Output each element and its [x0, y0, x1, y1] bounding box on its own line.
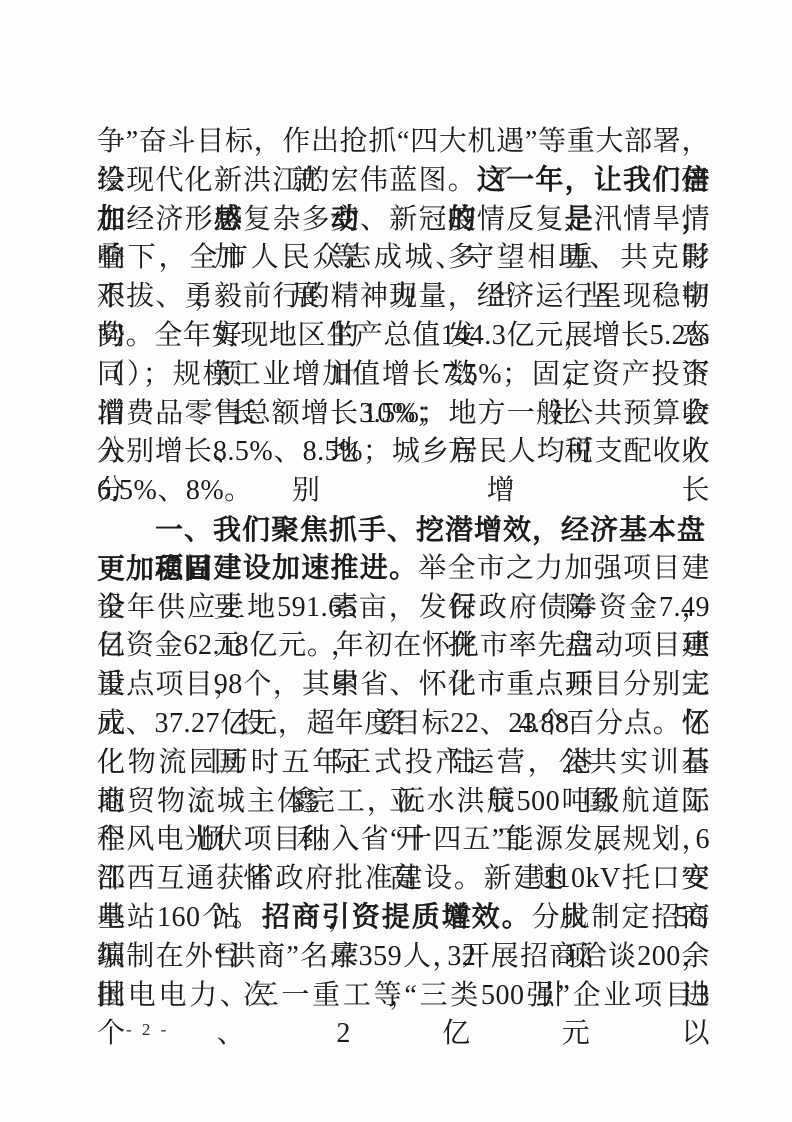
text-line: 元、37.27亿元，超年度目标22、23个百分点。怀化国际陆港石: [97, 705, 710, 744]
text-run: 设现代化新洪江的宏伟蓝图。: [97, 165, 477, 196]
text-line: 项目建设加速推进。举全市之力加强项目建设要素保障，: [97, 550, 710, 589]
emphasis-text-run: 项目建设加速推进。: [155, 553, 418, 584]
document-page: 争”奋斗目标，作出抢抓“四大机遇”等重大部署，绘就了建设现代化新洪江的宏伟蓝图。…: [0, 0, 792, 1122]
emphasis-text-run: 招商引资提质增效。: [262, 902, 532, 933]
text-line: 全年供应土地591.65亩，发行政府债券资金7.49亿元，拼盘项: [97, 589, 710, 628]
text-line: 重点项目98个，其中省、怀化市重点项目分别完成投资4.88亿: [97, 666, 710, 705]
text-line: 化物流园历时五年正式投产运营，公共实训基地、鑫亚航国际: [97, 744, 710, 783]
page-number: - 2 -: [126, 1020, 169, 1040]
text-run: 国电电力、三一重工等“三类500强”企业项目3个、2亿元以: [97, 980, 710, 1050]
text-line: 国电电力、三一重工等“三类500强”企业项目3个、2亿元以: [97, 977, 710, 1016]
text-line: 不拔、勇毅前行的精神力量，经济运行呈现稳中向好的发展态: [97, 278, 710, 317]
text-line: 分别增长8.5%、8.5%；城乡居民人均可支配收入分别增长: [97, 433, 710, 472]
text-line: 基站160个。招商引资提质增效。分批制定招商项目库32项，: [97, 899, 710, 938]
text-run: 基站160个。: [97, 902, 262, 933]
text-line: 编制在外“洪商”名录359人，开展招商洽谈200余批次，引进: [97, 938, 710, 977]
section-heading: 一、我们聚焦抓手、挖潜增效，经济基本盘更加稳固: [97, 511, 710, 550]
body-text: 争”奋斗目标，作出抢抓“四大机遇”等重大部署，绘就了建设现代化新洪江的宏伟蓝图。…: [97, 123, 710, 1015]
text-line: 设现代化新洪江的宏伟蓝图。这一年，让我们倍加感动的是，: [97, 162, 710, 201]
text-line: 个风电光伏项目纳入省“十四五”能源发展规划，邵怀高速安: [97, 821, 710, 860]
text-line: 目资金62.18亿元。年初在怀化市率先启动项目建设，累计开工: [97, 627, 710, 666]
text-line: 在经济形势复杂多变、新冠疫情反复、汛情旱情叠加等多重影: [97, 201, 710, 240]
text-line: 同）；规模工业增加值增长7.5%；固定资产投资增长10%；社会: [97, 356, 710, 395]
text-line: 消费品零售总额增长3.5%；地方一般公共预算收入、地方税收: [97, 395, 710, 434]
text-run: 6.5%、8%。: [97, 475, 253, 506]
text-line: 商贸物流城主体完工，沅水洪辰500吨级航道工程顺利开工，6: [97, 783, 710, 822]
text-line: 势。全年实现地区生产总值144.3亿元，增长5.2%（预计数，下: [97, 317, 710, 356]
text-line: 江西互通获省政府批准建设。新建110kV托口变电站，建成5G: [97, 860, 710, 899]
text-line: 响下，全市人民众志成城、守望相助、共克时艰，展现出坚韧: [97, 239, 710, 278]
text-line: 争”奋斗目标，作出抢抓“四大机遇”等重大部署，绘就了建: [97, 123, 710, 162]
